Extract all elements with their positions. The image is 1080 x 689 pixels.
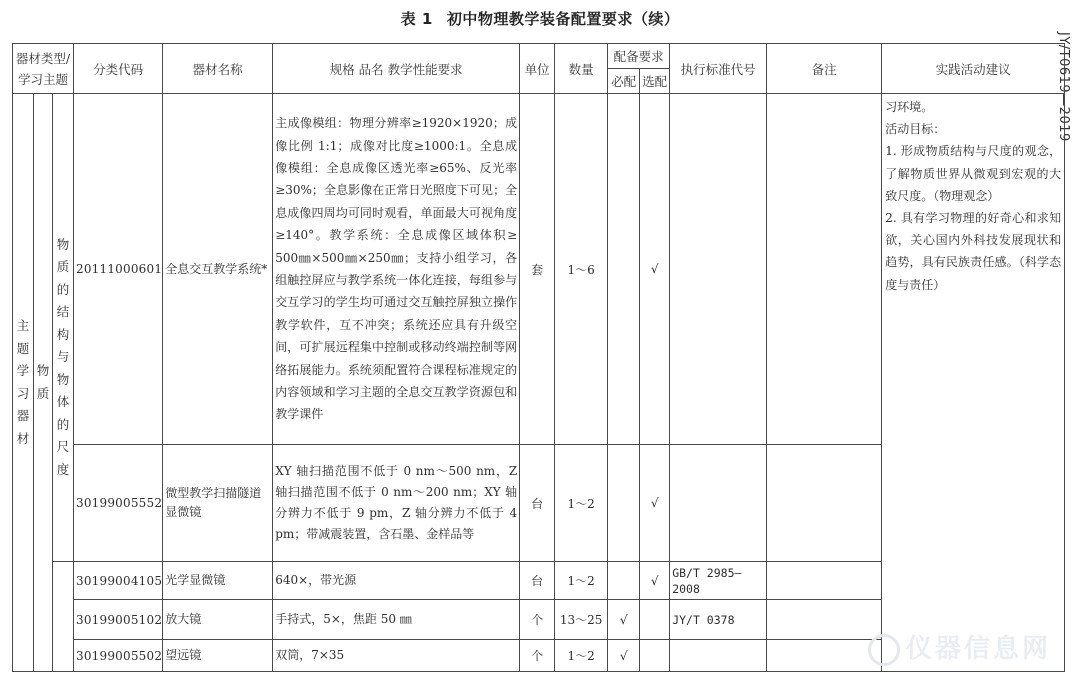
row-spec: 手持式，5×，焦距 50 ㎜ — [273, 600, 520, 640]
row-code: 30199005552 — [74, 445, 163, 562]
row-spec: 双筒，7×35 — [273, 640, 520, 672]
row-remarks — [767, 640, 882, 672]
table-number: 表 1 — [401, 10, 433, 28]
table-row: 主题学习器材 物质 物质的结构与物体的尺度 20111000601 全息交互教学… — [13, 94, 1065, 445]
row-unit: 台 — [520, 562, 555, 600]
header-required: 必配 — [608, 69, 640, 94]
row-required-check: √ — [608, 640, 640, 672]
row-quantity: 1～2 — [555, 640, 608, 672]
row-code: 30199004105 — [74, 562, 163, 600]
row-optional-check: √ — [640, 445, 670, 562]
row-code: 30199005102 — [74, 600, 163, 640]
header-name: 器材名称 — [163, 44, 273, 94]
header-practice: 实践活动建议 — [882, 44, 1065, 94]
table-title: 表 1初中物理教学装备配置要求（续） — [0, 8, 1080, 29]
practice-line: 活动目标： — [885, 118, 1061, 140]
row-standard: JY/T 0378 — [670, 600, 767, 640]
row-standard: GB/T 2985—2008 — [670, 562, 767, 600]
category-level3-empty — [53, 562, 74, 672]
equipment-config-table: 器材类型/学习主题 分类代码 器材名称 规格 品名 教学性能要求 单位 数量 配… — [12, 43, 1065, 672]
row-name: 全息交互教学系统* — [163, 94, 273, 445]
row-standard — [670, 94, 767, 445]
header-category: 器材类型/学习主题 — [13, 44, 74, 94]
row-remarks — [767, 600, 882, 640]
header-optional: 选配 — [640, 69, 670, 94]
header-quantity: 数量 — [555, 44, 608, 94]
row-optional-check — [640, 600, 670, 640]
category-level2: 物质 — [34, 94, 53, 672]
row-name: 微型教学扫描隧道显微镜 — [163, 445, 273, 562]
practice-line: 习环境。 — [885, 96, 1061, 118]
row-standard — [670, 445, 767, 562]
header-config-group: 配备要求 — [608, 44, 670, 69]
row-spec: XY 轴扫描范围不低于 0 nm～500 nm，Z 轴扫描范围不低于 0 nm～… — [273, 445, 520, 562]
row-code: 20111000601 — [74, 94, 163, 445]
row-optional-check — [640, 640, 670, 672]
row-required-check — [608, 94, 640, 445]
category-level1: 主题学习器材 — [13, 94, 34, 672]
row-optional-check: √ — [640, 562, 670, 600]
row-name: 望远镜 — [163, 640, 273, 672]
row-optional-check: √ — [640, 94, 670, 445]
row-code: 30199005502 — [74, 640, 163, 672]
practice-suggestion: 习环境。 活动目标： 1. 形成物质结构与尺度的观念，了解物质世界从微观到宏观的… — [882, 94, 1065, 672]
row-quantity: 1～2 — [555, 445, 608, 562]
header-code: 分类代码 — [74, 44, 163, 94]
table-title-text: 初中物理教学装备配置要求（续） — [447, 10, 680, 28]
practice-line: 2. 具有学习物理的好奇心和求知欲，关心国内外科技发展现状和趋势，具有民族责任感… — [885, 207, 1061, 296]
row-unit: 个 — [520, 640, 555, 672]
row-quantity: 1～6 — [555, 94, 608, 445]
header-remarks: 备注 — [767, 44, 882, 94]
category-level3: 物质的结构与物体的尺度 — [53, 94, 74, 562]
row-remarks — [767, 562, 882, 600]
header-standard: 执行标准代号 — [670, 44, 767, 94]
row-remarks — [767, 445, 882, 562]
row-required-check: √ — [608, 600, 640, 640]
row-spec: 640×，带光源 — [273, 562, 520, 600]
row-unit: 套 — [520, 94, 555, 445]
practice-line: 1. 形成物质结构与尺度的观念，了解物质世界从微观到宏观的大致尺度。（物理观念） — [885, 140, 1061, 207]
row-required-check — [608, 445, 640, 562]
row-remarks — [767, 94, 882, 445]
header-unit: 单位 — [520, 44, 555, 94]
instrument-logo-icon — [868, 634, 900, 666]
row-spec: 主成像模组：物理分辨率≥1920×1920；成像比例 1:1；成像对比度≥100… — [273, 94, 520, 445]
row-name: 光学显微镜 — [163, 562, 273, 600]
row-required-check — [608, 562, 640, 600]
header-spec: 规格 品名 教学性能要求 — [273, 44, 520, 94]
row-quantity: 1～2 — [555, 562, 608, 600]
row-standard — [670, 640, 767, 672]
row-quantity: 13～25 — [555, 600, 608, 640]
watermark: 仪器信息网 — [868, 628, 1051, 666]
row-name: 放大镜 — [163, 600, 273, 640]
row-unit: 个 — [520, 600, 555, 640]
watermark-text: 仪器信息网 — [906, 634, 1051, 664]
row-unit: 台 — [520, 445, 555, 562]
